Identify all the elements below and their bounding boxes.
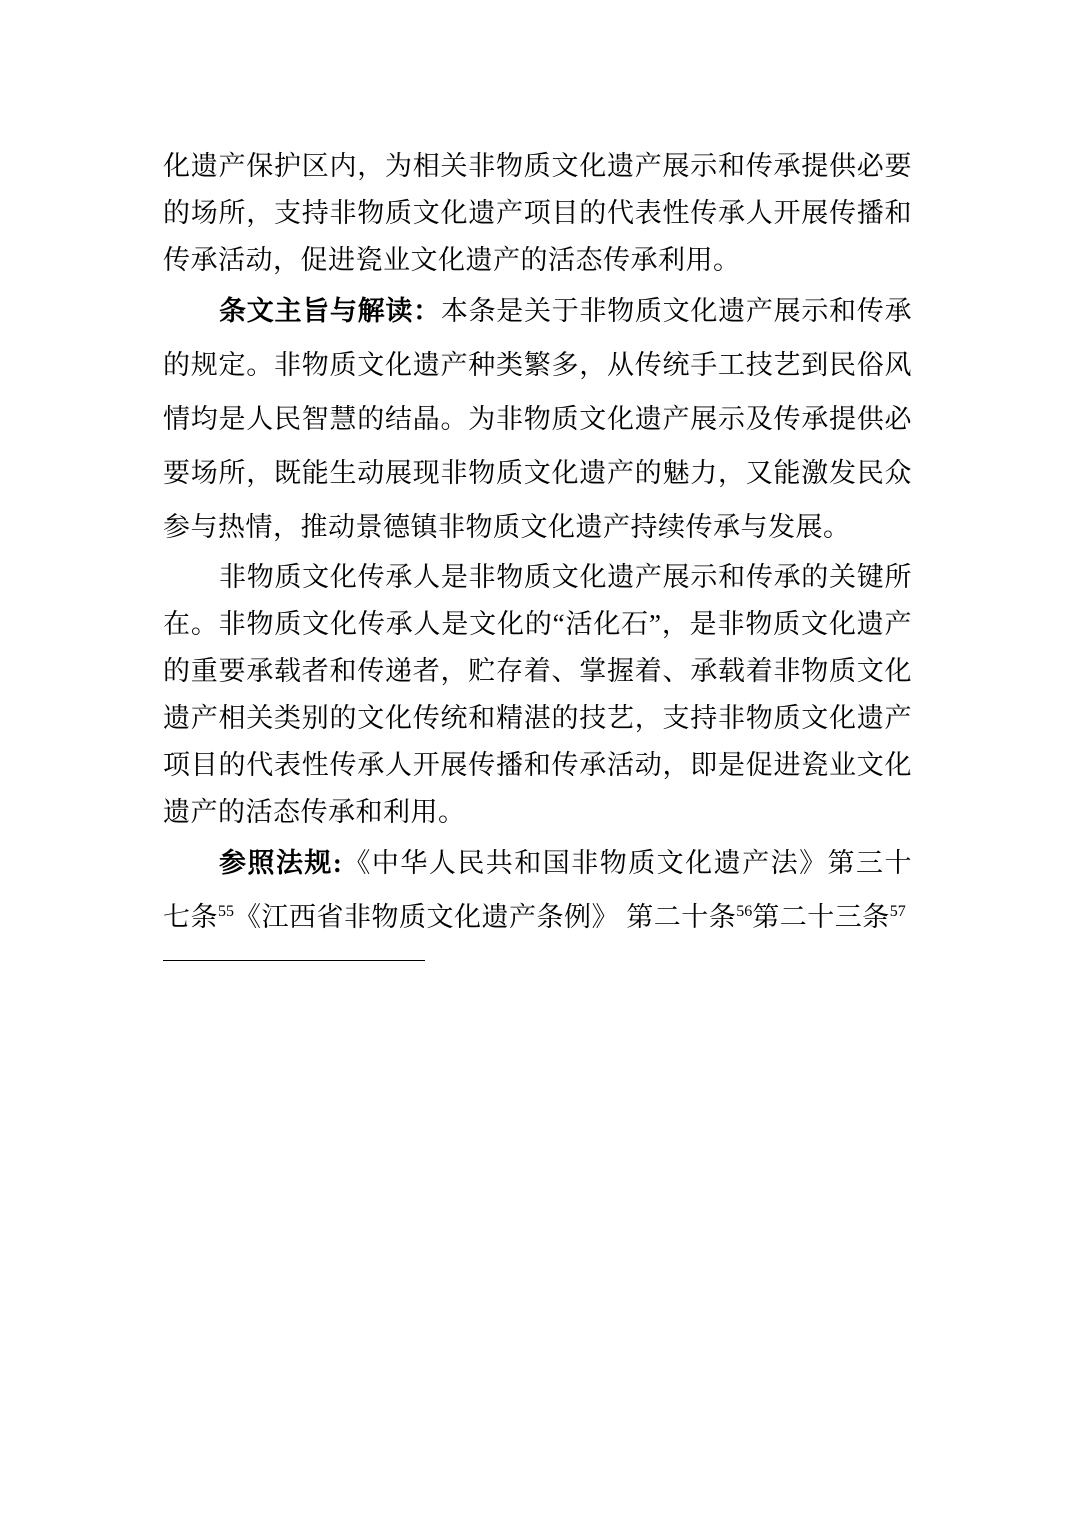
paragraph-text: 《江西省非物质文化遗产条例》 第二十条 bbox=[234, 902, 736, 932]
body-paragraph-3: 非物质文化传承人是非物质文化遗产展示和传承的关键所在。非物质文化传承人是文化的“… bbox=[163, 554, 912, 836]
paragraph-lead-label: 参照法规: bbox=[219, 848, 342, 878]
body-paragraph-2: 条文主旨与解读：本条是关于非物质文化遗产展示和传承的规定。非物质文化遗产种类繁多… bbox=[163, 284, 912, 554]
paragraph-text: 本条是关于非物质文化遗产展示和传承的规定。非物质文化遗产种类繁多，从传统手工技艺… bbox=[163, 296, 912, 542]
document-page: 化遗产保护区内，为相关非物质文化遗产展示和传承提供必要的场所，支持非物质文化遗产… bbox=[0, 0, 1074, 1520]
body-paragraph-1: 化遗产保护区内，为相关非物质文化遗产展示和传承提供必要的场所，支持非物质文化遗产… bbox=[163, 143, 912, 284]
paragraph-lead-label: 条文主旨与解读： bbox=[219, 296, 441, 326]
footnote-ref-56: 56 bbox=[736, 903, 752, 920]
footnote-separator bbox=[163, 960, 425, 961]
paragraph-text: 第二十三条 bbox=[752, 902, 890, 932]
paragraph-text: 化遗产保护区内，为相关非物质文化遗产展示和传承提供必要的场所，支持非物质文化遗产… bbox=[163, 151, 912, 275]
footnote-ref-57: 57 bbox=[890, 903, 906, 920]
body-paragraph-4: 参照法规:《中华人民共和国非物质文化遗产法》第三十七条55《江西省非物质文化遗产… bbox=[163, 836, 912, 944]
document-body: 化遗产保护区内，为相关非物质文化遗产展示和传承提供必要的场所，支持非物质文化遗产… bbox=[163, 143, 912, 944]
footnote-ref-55: 55 bbox=[218, 903, 234, 920]
paragraph-text: 非物质文化传承人是非物质文化遗产展示和传承的关键所在。非物质文化传承人是文化的“… bbox=[163, 562, 912, 827]
